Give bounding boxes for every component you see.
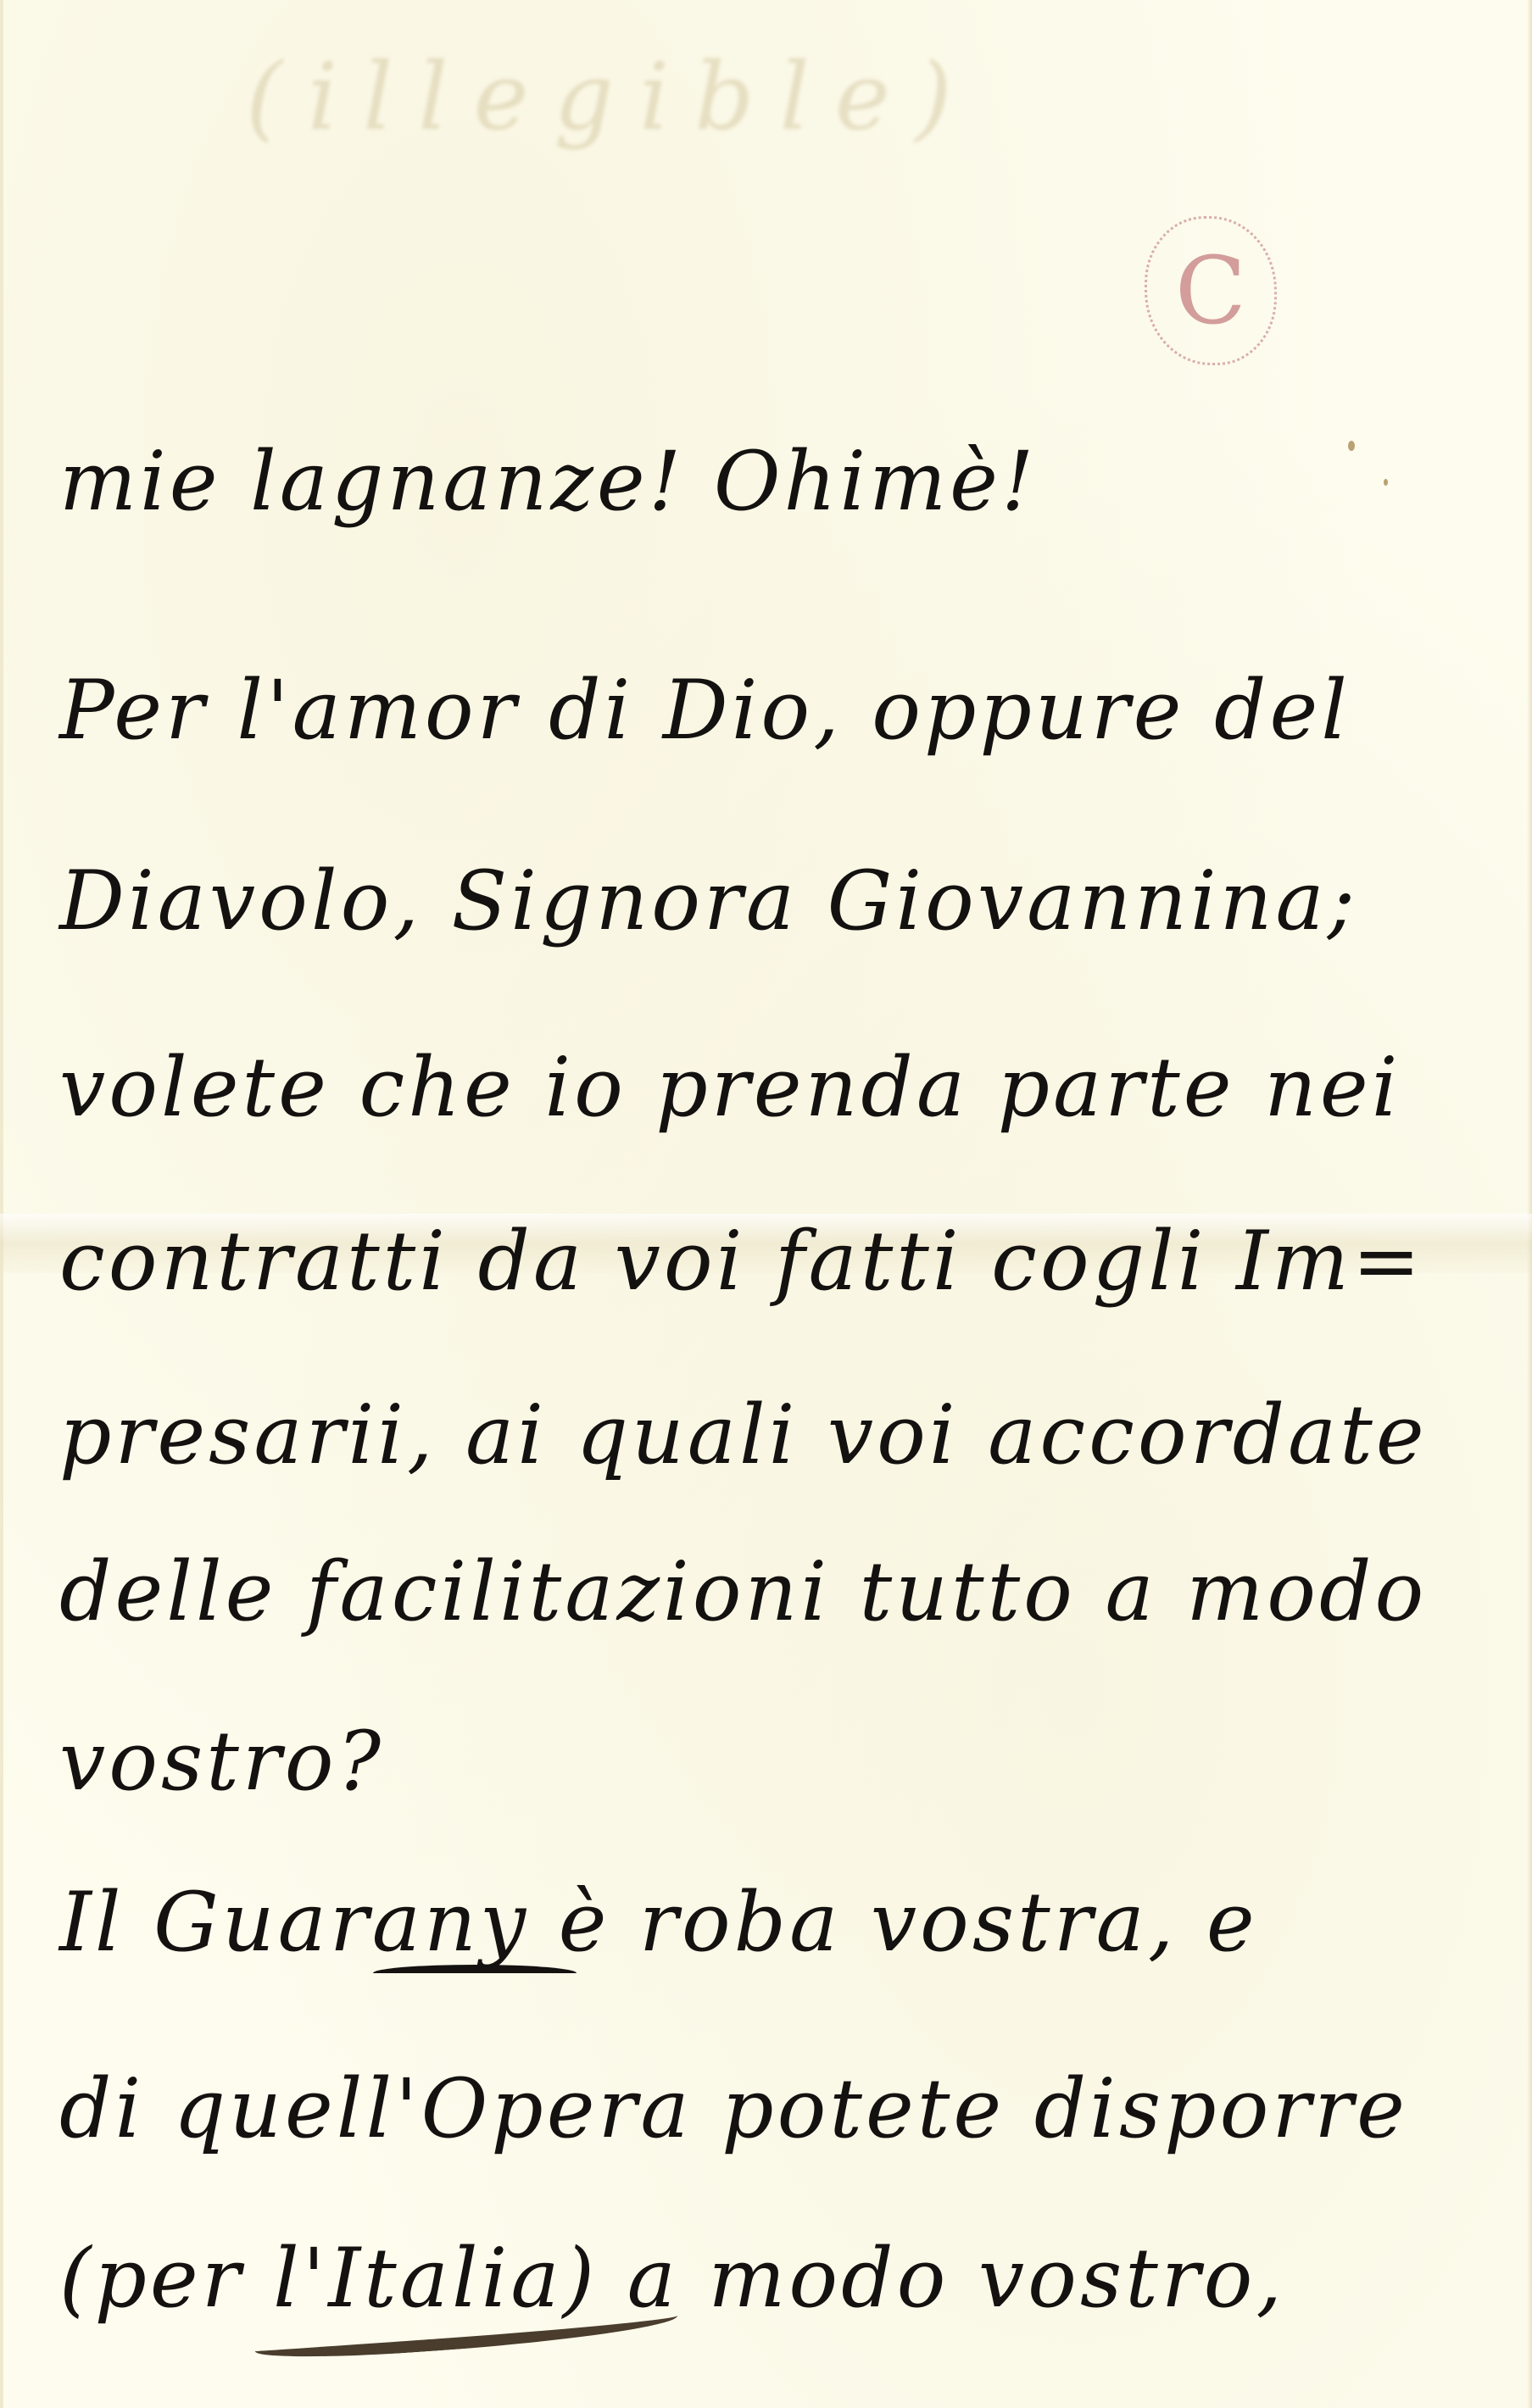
letter-line-5: contratti da voi fatti cogli Im=: [59, 1221, 1423, 1302]
bleed-through-text: (illegible): [246, 42, 978, 151]
ink-speck: [1348, 441, 1355, 451]
underline-guarany: [373, 1965, 577, 1982]
letter-page: (illegible) C mie lagnanze! Ohimè! Per l…: [0, 0, 1532, 2408]
page-left-edge: [0, 0, 3, 2408]
letter-line-3: Diavolo, Signora Giovannina;: [59, 860, 1358, 942]
letter-line-2: Per l'amor di Dio, oppure del: [59, 670, 1351, 751]
letter-line-8: vostro?: [59, 1721, 384, 1802]
letter-line-7: delle facilitazioni tutto a modo: [59, 1551, 1427, 1632]
ink-speck: [1384, 479, 1388, 486]
letter-line-6: presarii, ai quali voi accordate: [59, 1394, 1428, 1476]
letter-line-9: Il Guarany è roba vostra, e: [59, 1882, 1258, 1963]
letter-line-1: mie lagnanze! Ohimè!: [59, 441, 1037, 522]
red-library-stamp: C: [1145, 216, 1277, 365]
letter-line-10: di quell'Opera potete disporre: [59, 2068, 1408, 2149]
page-right-edge: [1527, 0, 1532, 2408]
letter-line-4: volete che io prenda parte nei: [59, 1047, 1401, 1128]
